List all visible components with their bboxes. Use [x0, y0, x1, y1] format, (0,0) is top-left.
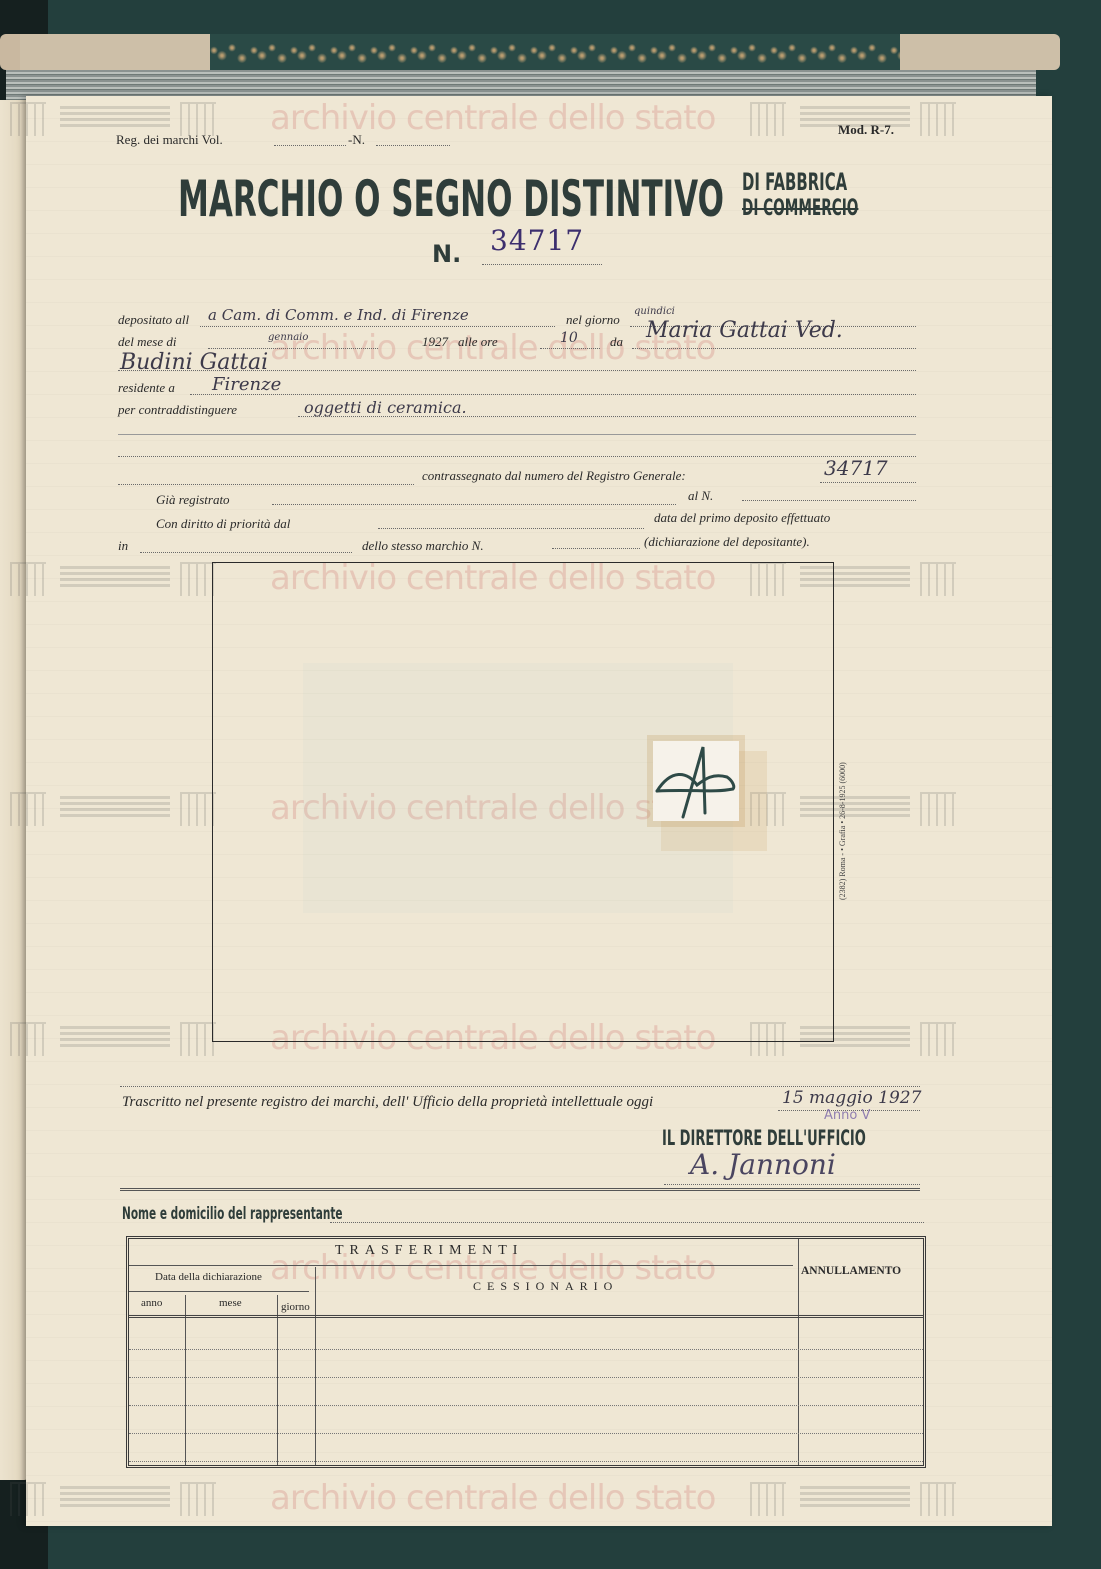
table-row[interactable]: [129, 1433, 923, 1434]
priority-field[interactable]: [378, 528, 644, 529]
type-option-fabbrica: DI FABBRICA: [742, 168, 847, 196]
table-row[interactable]: [129, 1405, 923, 1406]
priority-label: Con diritto di priorità dal: [156, 516, 290, 532]
row-divider: [129, 1265, 793, 1266]
register-general-line: [820, 482, 916, 483]
deposited-at-line: [200, 326, 555, 327]
register-general-value: 34717: [824, 456, 888, 480]
section-divider: [120, 1188, 920, 1191]
resident-line: [190, 394, 916, 395]
depositor-name-line1: Maria Gattai Ved.: [646, 318, 843, 343]
col-header-giorno: giorno: [281, 1301, 310, 1313]
same-mark-field[interactable]: [552, 548, 640, 549]
al-n-label: al N.: [688, 488, 713, 504]
transfers-title: TRASFERIMENTI: [335, 1243, 523, 1259]
table-row[interactable]: [129, 1461, 923, 1462]
director-signature: A. Jannoni: [690, 1148, 836, 1181]
page-title: MARCHIO O SEGNO DISTINTIVO: [178, 170, 724, 228]
in-field[interactable]: [140, 552, 352, 553]
resident-label: residente a: [118, 380, 175, 396]
watermark-logo-icon: [750, 1480, 1000, 1520]
representative-field[interactable]: [330, 1222, 924, 1223]
by-label: da: [610, 334, 623, 350]
register-vol-field[interactable]: [274, 145, 346, 146]
month-value: gennaio: [268, 332, 308, 343]
divider-line: [120, 1086, 920, 1087]
column-divider: [277, 1295, 278, 1465]
trademark-a-icon: [653, 741, 739, 821]
number-underline: [482, 264, 602, 265]
month-label: del mese di: [118, 334, 176, 350]
first-deposit-label: data del primo deposito effettuato: [654, 510, 830, 526]
transcription-text: Trascritto nel presente registro dei mar…: [122, 1094, 653, 1111]
already-registered-field[interactable]: [272, 504, 676, 505]
transcription-date: 15 maggio 1927: [782, 1088, 921, 1108]
resident-value: Firenze: [212, 374, 281, 395]
in-label: in: [118, 538, 128, 554]
hour-label: alle ore: [458, 334, 498, 350]
depositor-line2: [118, 370, 916, 371]
trademark-label: [653, 741, 739, 821]
already-registered-label: Già registrato: [156, 492, 230, 508]
register-prefix-line: [118, 484, 414, 485]
table-row[interactable]: [129, 1377, 923, 1378]
register-general-label: contrassegnato dal numero del Registro G…: [422, 468, 686, 484]
row-divider: [129, 1291, 309, 1292]
depositor-name-line2: Budini Gattai: [120, 350, 268, 375]
distinguish-label: per contraddistinguere: [118, 402, 237, 418]
day-value: quindici: [634, 306, 675, 317]
hour-value: 10: [560, 330, 578, 346]
watermark-logo-icon: [10, 1480, 260, 1520]
month-line: [208, 348, 378, 349]
blank-line: [118, 434, 916, 435]
column-divider: [185, 1295, 186, 1465]
anno-stamp: Anno V: [824, 1108, 870, 1123]
watermark-text: archivio centrale dello stato: [270, 98, 715, 138]
register-n-label: -N.: [348, 132, 365, 148]
printer-note: (2382) Roma - • Grafia • 26-8-1925 (6000…: [838, 700, 852, 900]
col-header-anno: anno: [141, 1297, 162, 1309]
table-row[interactable]: [129, 1349, 923, 1350]
watermark-text: archivio centrale dello stato: [270, 1478, 715, 1518]
deposited-label: depositato all: [118, 312, 189, 328]
signature-line: [664, 1184, 920, 1185]
register-vol-label: Reg. dei marchi Vol.: [116, 132, 223, 148]
day-label: nel giorno: [566, 312, 620, 328]
type-option-commercio-struck: DI COMMERCIO: [742, 196, 858, 221]
al-n-field[interactable]: [742, 500, 916, 501]
number-stamp: 34717: [490, 224, 584, 257]
deposited-at-value: a Cam. di Comm. e Ind. di Firenze: [208, 306, 469, 324]
representative-label: Nome e domicilio del rappresentante: [122, 1204, 343, 1224]
director-label: IL DIRETTORE DELL'UFFICIO: [662, 1126, 866, 1150]
mark-image-box: [212, 562, 834, 1042]
year-value: 1927: [422, 334, 448, 350]
register-n-field[interactable]: [376, 145, 450, 146]
printer-note-text: (2382) Roma - • Grafia • 26-8-1925 (6000…: [838, 762, 847, 900]
model-code: Mod. R-7.: [838, 122, 894, 138]
date-group-header: Data della dichiarazione: [155, 1271, 262, 1283]
col-header-cessionario: CESSIONARIO: [473, 1279, 618, 1294]
distinguish-value: oggetti di ceramica.: [304, 398, 467, 417]
column-divider: [798, 1239, 799, 1465]
depositor-line1: [632, 348, 916, 349]
header-divider: [129, 1315, 923, 1318]
blank-line: [118, 456, 916, 457]
declaration-label: (dichiarazione del depositante).: [644, 534, 810, 550]
book-spine-marble: [210, 40, 900, 66]
distinguish-line: [298, 416, 916, 417]
hour-line: [540, 348, 600, 349]
col-header-mese: mese: [219, 1297, 242, 1309]
transfers-table: TRASFERIMENTI Data della dichiarazione a…: [126, 1236, 926, 1468]
column-divider: [315, 1267, 316, 1465]
same-mark-label: dello stesso marchio N.: [362, 538, 484, 554]
number-label: N.: [432, 240, 461, 268]
col-header-annullamento: ANNULLAMENTO: [801, 1265, 901, 1277]
